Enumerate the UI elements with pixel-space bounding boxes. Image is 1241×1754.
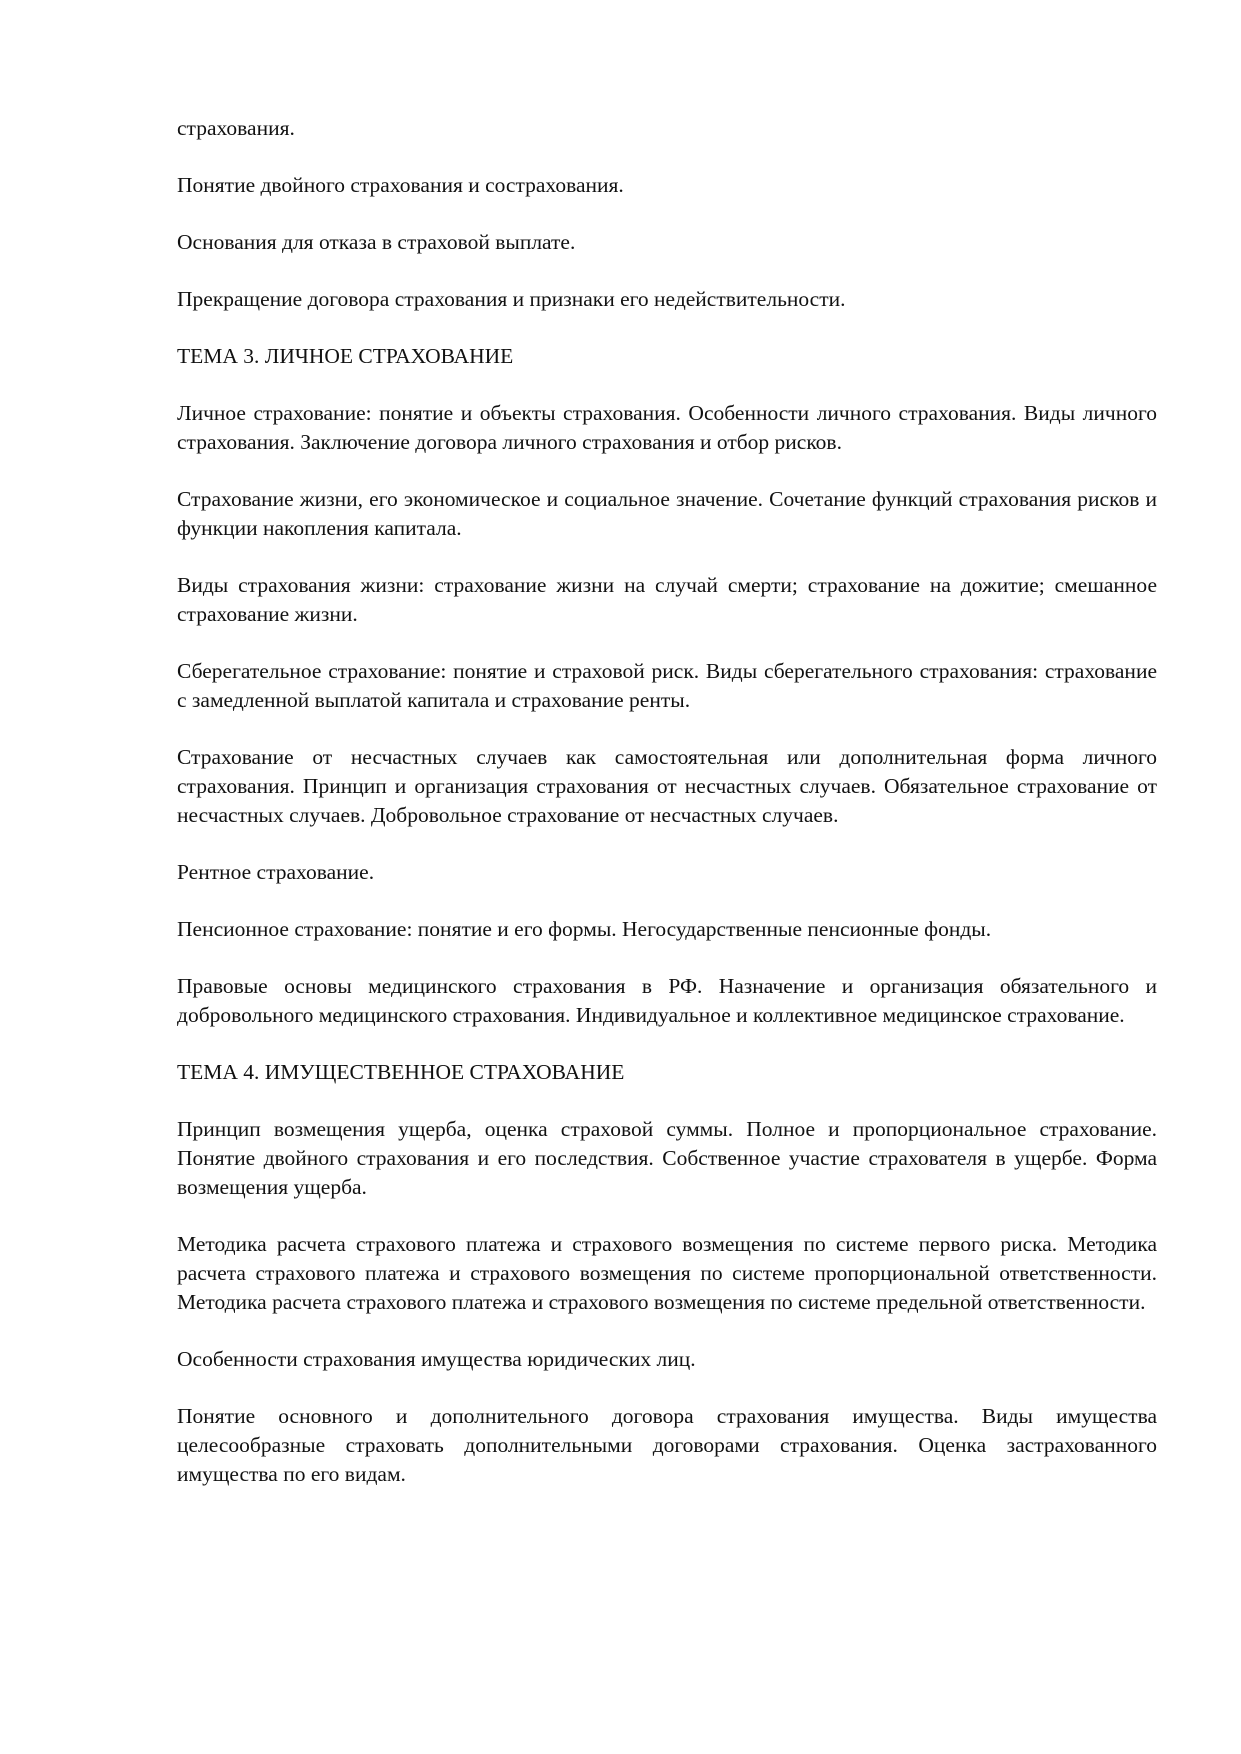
paragraph-pension-insurance: Пенсионное страхование: понятие и его фо… <box>177 915 1157 944</box>
paragraph-damage-compensation: Принцип возмещения ущерба, оценка страхо… <box>177 1115 1157 1202</box>
paragraph-life-insurance: Страхование жизни, его экономическое и с… <box>177 485 1157 543</box>
paragraph-accident-insurance: Страхование от несчастных случаев как са… <box>177 743 1157 830</box>
paragraph-contract-termination: Прекращение договора страхования и призн… <box>177 285 1157 314</box>
section-heading-topic-3: ТЕМА 3. ЛИЧНОЕ СТРАХОВАНИЕ <box>177 342 1157 371</box>
paragraph-medical-insurance: Правовые основы медицинского страхования… <box>177 972 1157 1030</box>
paragraph-life-insurance-types: Виды страхования жизни: страхование жизн… <box>177 571 1157 629</box>
paragraph-double-insurance: Понятие двойного страхования и сострахов… <box>177 171 1157 200</box>
document-page: страхования. Понятие двойного страховани… <box>177 114 1157 1517</box>
paragraph-legal-entities-property: Особенности страхования имущества юридич… <box>177 1345 1157 1374</box>
paragraph-savings-insurance: Сберегательное страхование: понятие и ст… <box>177 657 1157 715</box>
paragraph-calculation-methods: Методика расчета страхового платежа и ст… <box>177 1230 1157 1317</box>
paragraph-main-additional-contract: Понятие основного и дополнительного дого… <box>177 1402 1157 1489</box>
section-heading-topic-4: ТЕМА 4. ИМУЩЕСТВЕННОЕ СТРАХОВАНИЕ <box>177 1058 1157 1087</box>
paragraph-continuation: страхования. <box>177 114 1157 143</box>
paragraph-personal-insurance: Личное страхование: понятие и объекты ст… <box>177 399 1157 457</box>
paragraph-refusal-grounds: Основания для отказа в страховой выплате… <box>177 228 1157 257</box>
paragraph-annuity-insurance: Рентное страхование. <box>177 858 1157 887</box>
